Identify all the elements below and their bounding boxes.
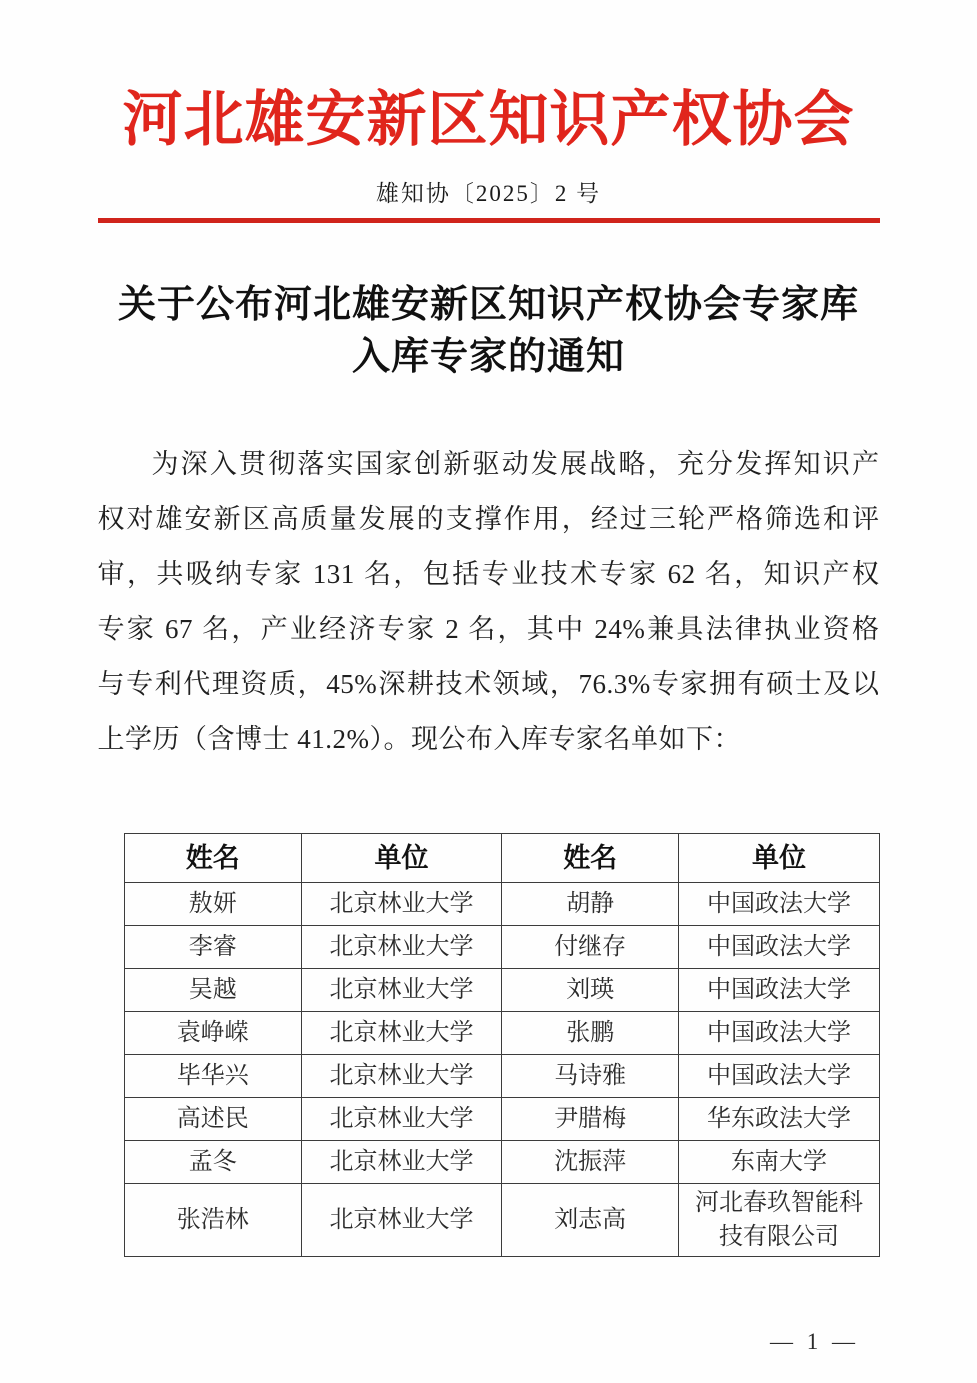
page-number: — 1 —: [770, 1329, 859, 1355]
body-line: 与专利代理资质，45%深耕技术领域，76.3%专家拥有硕士及以: [98, 657, 880, 712]
table-cell: 中国政法大学: [679, 926, 879, 969]
body-line: 专家 67 名，产业经济专家 2 名，其中 24%兼具法律执业资格: [98, 602, 880, 657]
table-cell: 胡静: [501, 883, 678, 926]
table-row: 高述民北京林业大学尹腊梅华东政法大学: [124, 1098, 879, 1141]
experts-table: 姓名单位姓名单位 敖妍北京林业大学胡静中国政法大学李睿北京林业大学付继存中国政法…: [124, 833, 880, 1257]
experts-table-body: 敖妍北京林业大学胡静中国政法大学李睿北京林业大学付继存中国政法大学吴越北京林业大…: [124, 883, 879, 1257]
table-cell: 尹腊梅: [501, 1098, 678, 1141]
table-header-cell: 单位: [679, 834, 879, 883]
table-cell: 中国政法大学: [679, 883, 879, 926]
table-cell: 付继存: [501, 926, 678, 969]
table-cell: 中国政法大学: [679, 1055, 879, 1098]
table-cell: 东南大学: [679, 1141, 879, 1184]
table-cell: 马诗雅: [501, 1055, 678, 1098]
notice-title: 关于公布河北雄安新区知识产权协会专家库 入库专家的通知: [98, 279, 880, 383]
body-line: 审，共吸纳专家 131 名，包括专业技术专家 62 名，知识产权: [98, 547, 880, 602]
notice-title-line1: 关于公布河北雄安新区知识产权协会专家库: [98, 279, 880, 331]
table-cell: 北京林业大学: [301, 1055, 501, 1098]
table-cell: 北京林业大学: [301, 1012, 501, 1055]
body-paragraph: 为深入贯彻落实国家创新驱动发展战略，充分发挥知识产权对雄安新区高质量发展的支撑作…: [98, 437, 880, 767]
table-cell: 中国政法大学: [679, 969, 879, 1012]
table-row: 张浩林北京林业大学刘志高河北春玖智能科技有限公司: [124, 1184, 879, 1257]
body-line: 权对雄安新区高质量发展的支撑作用，经过三轮严格筛选和评: [98, 492, 880, 547]
body-line: 为深入贯彻落实国家创新驱动发展战略，充分发挥知识产: [98, 437, 880, 492]
table-row: 袁峥嵘北京林业大学张鹏中国政法大学: [124, 1012, 879, 1055]
table-cell: 吴越: [124, 969, 301, 1012]
red-divider-rule: [98, 218, 880, 223]
table-cell: 刘志高: [501, 1184, 678, 1257]
table-cell: 沈振萍: [501, 1141, 678, 1184]
table-cell: 河北春玖智能科技有限公司: [679, 1184, 879, 1257]
table-cell: 张鹏: [501, 1012, 678, 1055]
table-cell: 北京林业大学: [301, 1184, 501, 1257]
table-cell: 北京林业大学: [301, 1141, 501, 1184]
table-cell: 袁峥嵘: [124, 1012, 301, 1055]
table-cell: 中国政法大学: [679, 1012, 879, 1055]
experts-table-header: 姓名单位姓名单位: [124, 834, 879, 883]
table-row: 敖妍北京林业大学胡静中国政法大学: [124, 883, 879, 926]
table-cell: 刘瑛: [501, 969, 678, 1012]
table-cell: 华东政法大学: [679, 1098, 879, 1141]
table-cell: 毕华兴: [124, 1055, 301, 1098]
table-cell: 张浩林: [124, 1184, 301, 1257]
table-cell: 北京林业大学: [301, 969, 501, 1012]
table-cell: 高述民: [124, 1098, 301, 1141]
table-cell: 北京林业大学: [301, 883, 501, 926]
table-cell: 李睿: [124, 926, 301, 969]
letterhead-title: 河北雄安新区知识产权协会: [98, 86, 880, 153]
notice-title-line2: 入库专家的通知: [98, 331, 880, 383]
table-cell: 孟冬: [124, 1141, 301, 1184]
table-cell: 北京林业大学: [301, 926, 501, 969]
table-cell: 北京林业大学: [301, 1098, 501, 1141]
table-header-cell: 姓名: [501, 834, 678, 883]
table-row: 孟冬北京林业大学沈振萍东南大学: [124, 1141, 879, 1184]
table-header-row: 姓名单位姓名单位: [124, 834, 879, 883]
table-row: 毕华兴北京林业大学马诗雅中国政法大学: [124, 1055, 879, 1098]
document-number: 雄知协〔2025〕2 号: [98, 179, 880, 209]
body-line: 上学历（含博士 41.2%）。现公布入库专家名单如下：: [98, 712, 880, 767]
table-row: 吴越北京林业大学刘瑛中国政法大学: [124, 969, 879, 1012]
table-header-cell: 姓名: [124, 834, 301, 883]
table-row: 李睿北京林业大学付继存中国政法大学: [124, 926, 879, 969]
document-page: 河北雄安新区知识产权协会 雄知协〔2025〕2 号 关于公布河北雄安新区知识产权…: [0, 0, 977, 1383]
table-cell: 敖妍: [124, 883, 301, 926]
table-header-cell: 单位: [301, 834, 501, 883]
